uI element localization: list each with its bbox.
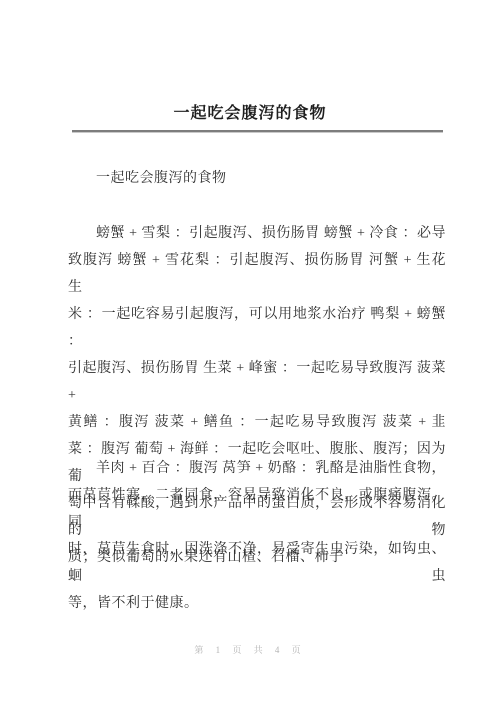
text-line: 螃蟹 + 雪梨 ：引起腹泻、损伤肠胃 螃蟹 + 冷食 ：必导 xyxy=(68,220,446,247)
title-divider-rule xyxy=(72,130,443,133)
text-line: 米 ：一起吃容易引起腹泻，可以用地浆水治疗 鸭梨 + 螃蟹 ： xyxy=(68,301,446,355)
text-line: 一起吃会腹泻的食物 xyxy=(68,165,446,192)
paragraph-lettuce-cheese: 羊肉 + 百合 ：腹泻 莴笋 + 奶酪 ：乳酪是油脂性食物， 而莴苣性寒，二者同… xyxy=(68,455,446,617)
text-line: 等，皆不利于健康。 xyxy=(68,590,446,617)
text-line: 黄鳝 ：腹泻 菠菜 + 鳝鱼 ：一起吃易导致腹泻 菠菜 + 韭 xyxy=(68,409,446,436)
page-footer: 第 1 页 共 4 页 xyxy=(0,643,500,656)
text-line: 羊肉 + 百合 ：腹泻 莴笋 + 奶酪 ：乳酪是油脂性食物， xyxy=(68,455,446,482)
text-line: 致腹泻 螃蟹 + 雪花梨 ：引起腹泻、损伤肠胃 河蟹 + 生花生 xyxy=(68,247,446,301)
text-line: 而莴苣性寒，二者同食，容易导致消化不良，或腹痛腹泻。同 xyxy=(68,482,446,536)
paragraph-intro: 一起吃会腹泻的食物 xyxy=(68,165,446,192)
text-line: 引起腹泻、损伤肠胃 生菜 + 峰蜜 ：一起吃易导致腹泻 菠菜 + xyxy=(68,355,446,409)
document-page: 一起吃会腹泻的食物 一起吃会腹泻的食物 螃蟹 + 雪梨 ：引起腹泻、损伤肠胃 螃… xyxy=(0,0,500,707)
page-number: 第 1 页 共 4 页 xyxy=(194,645,305,655)
document-title: 一起吃会腹泻的食物 xyxy=(0,100,500,123)
text-line: 时，莴苣生食时，因洗涤不净，易受寄生虫污染，如钩虫、蛔虫 xyxy=(68,536,446,590)
